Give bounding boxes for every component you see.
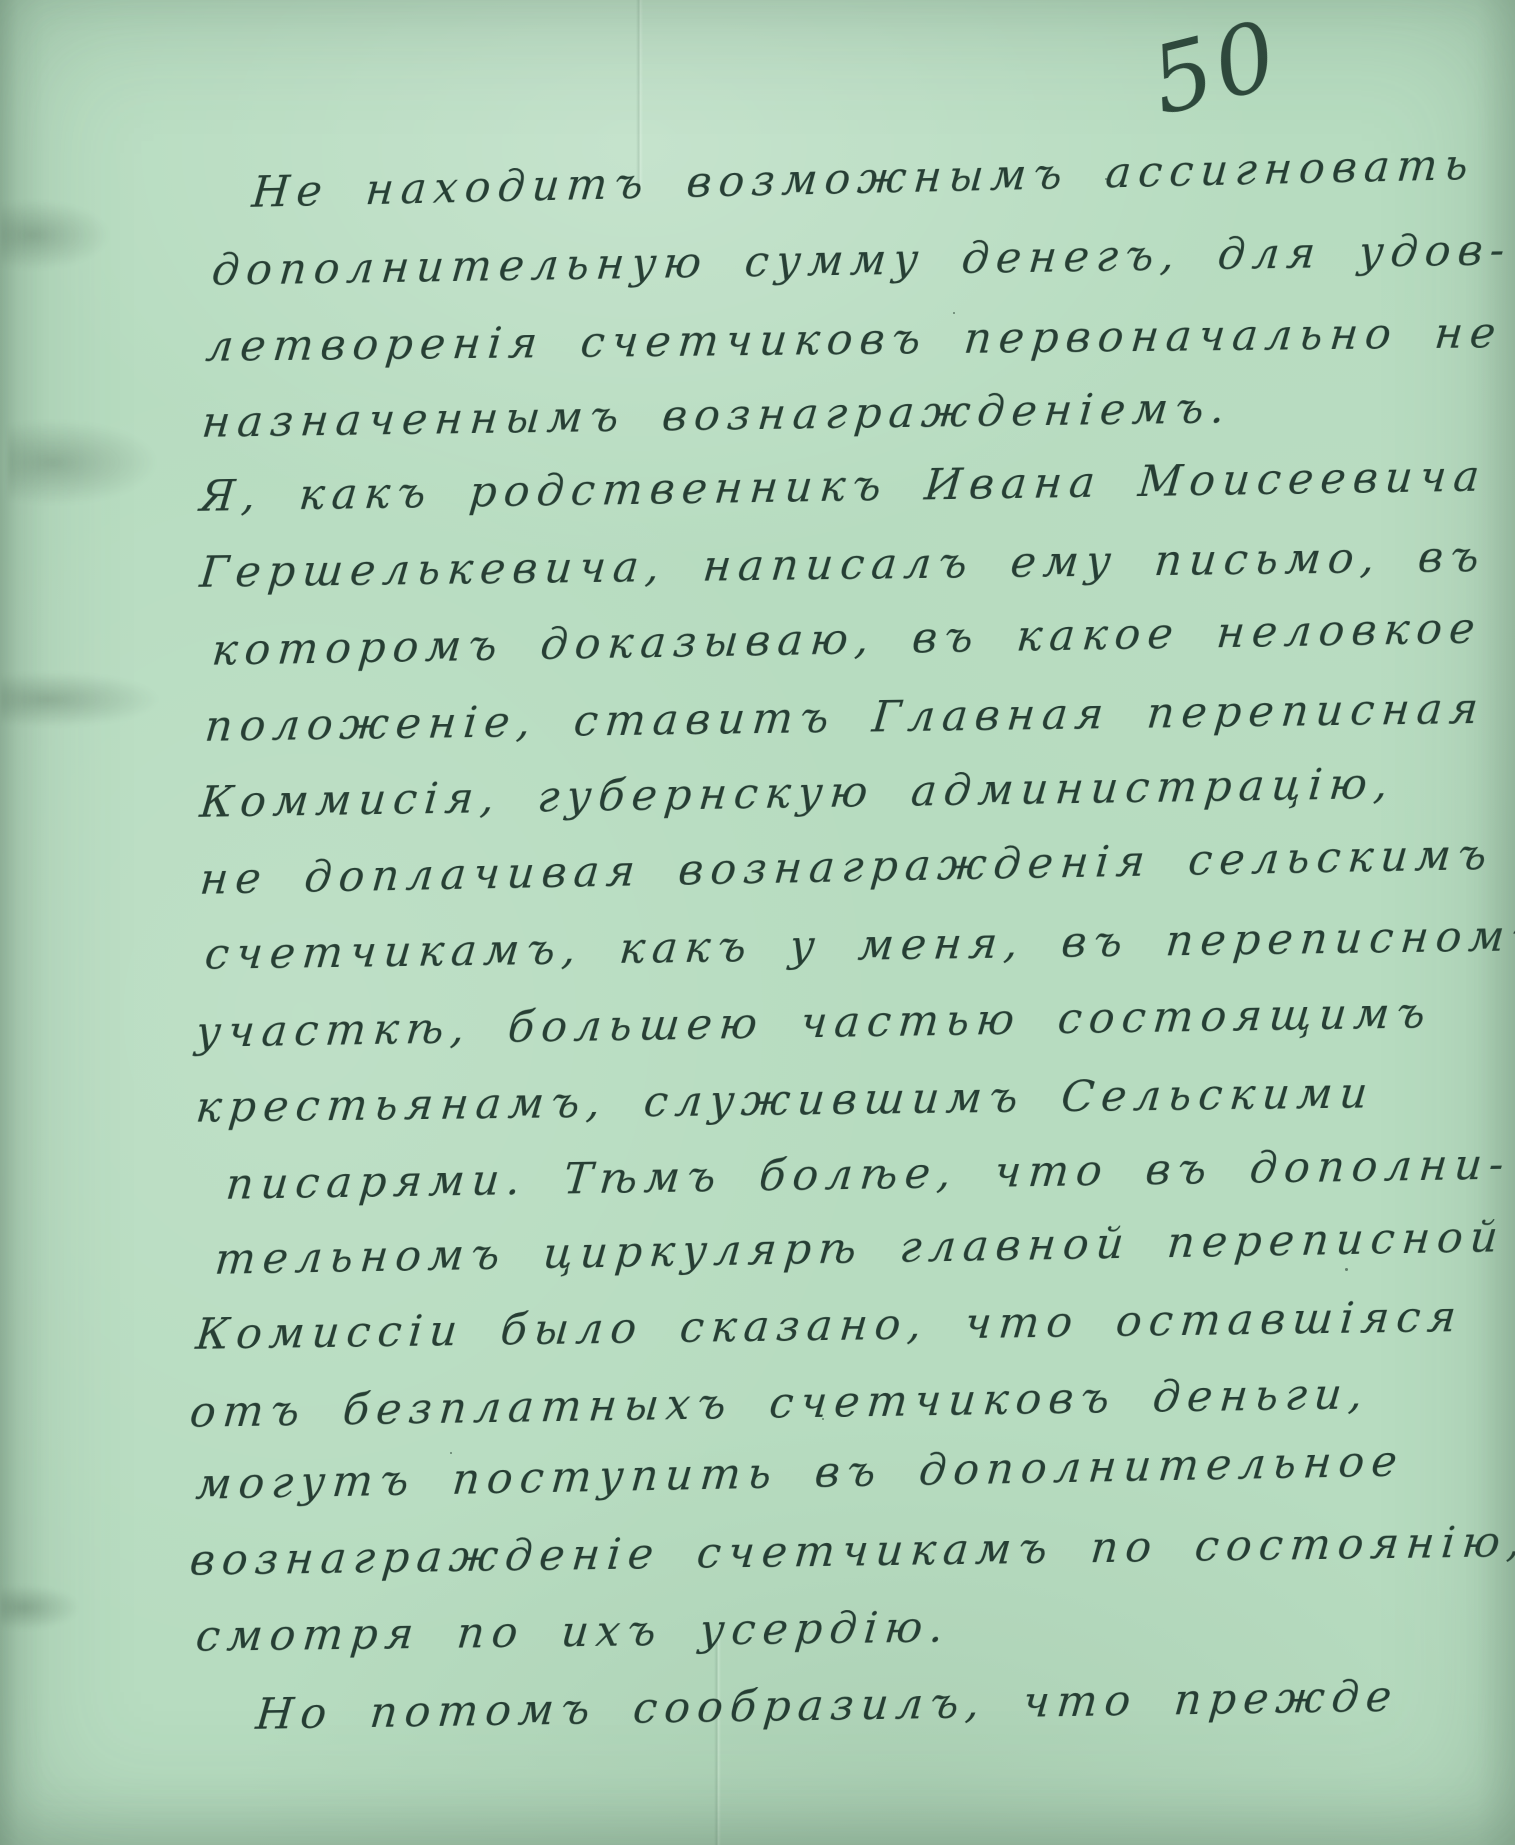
handwritten-line: писарями. Тѣмъ болѣе, что въ дополни- (224, 1140, 1513, 1210)
handwritten-line: назначеннымъ вознагражденіемъ. (200, 384, 1234, 448)
handwritten-line: счетчикамъ, какъ у меня, въ переписномъ (203, 911, 1515, 980)
ink-speck (1345, 1268, 1348, 1271)
ink-speck (450, 1452, 452, 1454)
handwritten-line: Я, какъ родственникъ Ивана Моисеевича (198, 452, 1489, 522)
handwritten-line: Комиссіи было сказано, что оставшіяся (194, 1292, 1465, 1360)
bleed-through-mark (0, 672, 160, 727)
bleed-through-mark (0, 1585, 80, 1630)
handwritten-line: вознагражденіе счетчикамъ по состоянію, (188, 1517, 1515, 1586)
handwritten-line: Гершелькевича, написалъ ему письмо, въ (198, 532, 1488, 598)
handwritten-line: не доплачивая вознагражденія сельскимъ (198, 830, 1496, 905)
handwritten-line: положеніе, ставитъ Главная переписная (203, 684, 1487, 752)
handwritten-line: летворенія счетчиковъ первоначально не (204, 308, 1505, 372)
bleed-through-mark (8, 420, 158, 505)
handwritten-line: отъ безплатныхъ счетчиковъ деньги, (188, 1369, 1372, 1438)
handwritten-line: могутъ поступить въ дополнительное (194, 1437, 1406, 1510)
handwritten-line: Коммисія, губернскую администрацію, (198, 759, 1397, 828)
handwritten-line: Не находитъ возможнымъ ассигновать (250, 140, 1477, 218)
handwritten-line: которомъ доказываю, въ какое неловкое (210, 604, 1484, 676)
handwritten-line: тельномъ циркулярѣ главной переписной (213, 1212, 1507, 1285)
document-page: 50 Не находитъ возможнымъ ассигновать до… (0, 0, 1515, 1845)
handwritten-line: смотря по ихъ усердію. (194, 1603, 953, 1662)
handwritten-line: Но потомъ сообразилъ, что прежде (254, 1672, 1401, 1740)
fold-crease (714, 1635, 721, 1845)
handwritten-line: крестьянамъ, служившимъ Сельскими (194, 1069, 1377, 1133)
bleed-through-mark (0, 200, 110, 270)
handwritten-line: участкѣ, большею частью состоящимъ (194, 989, 1435, 1058)
handwritten-line: дополнительную сумму денегъ, для удов- (210, 226, 1514, 296)
page-number: 50 (1141, 0, 1291, 137)
